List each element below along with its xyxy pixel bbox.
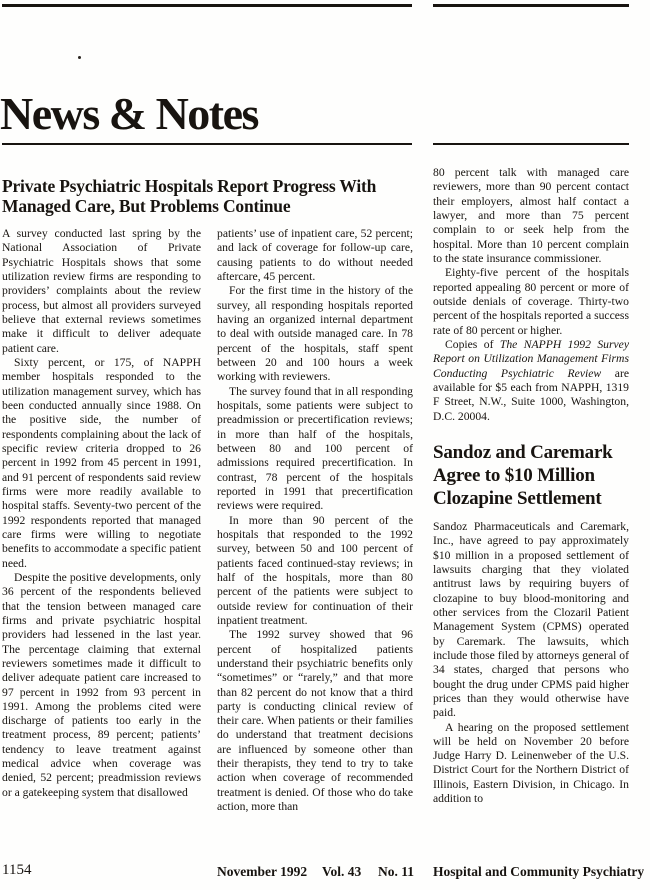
- paragraph: The survey found that in all responding …: [217, 385, 413, 514]
- footer-page-number: 1154: [2, 862, 31, 879]
- paragraph: A hearing on the proposed settlement wil…: [433, 721, 629, 807]
- paragraph: For the first time in the history of the…: [217, 284, 413, 384]
- footer-number: No. 11: [378, 864, 414, 880]
- top-rule-right: [433, 4, 629, 7]
- paragraph: 80 percent talk with managed care review…: [433, 166, 629, 266]
- column-3: 80 percent talk with managed care review…: [433, 166, 629, 806]
- footer-journal-title: Hospital and Community Psychiatry: [433, 864, 644, 880]
- masthead-rule-right: [433, 143, 629, 145]
- copies-notice-paragraph: Copies of The NAPPH 1992 Survey Report o…: [433, 338, 629, 424]
- paragraph: patients’ use of inpatient care, 52 perc…: [217, 227, 413, 284]
- copies-notice-pre: Copies of: [445, 338, 500, 351]
- masthead-rule-left: [2, 143, 412, 145]
- paragraph: A survey conducted last spring by the Na…: [2, 227, 201, 356]
- footer-issue-date: November 1992: [217, 864, 307, 880]
- scan-speck: [78, 56, 81, 59]
- article1-column-1: A survey conducted last spring by the Na…: [2, 227, 201, 800]
- paragraph: Despite the positive developments, only …: [2, 571, 201, 800]
- paragraph: Sixty percent, or 175, of NAPPH member h…: [2, 356, 201, 571]
- journal-page: News & Notes Private Psychiatric Hospita…: [0, 0, 650, 890]
- top-rule-left: [2, 4, 412, 7]
- article1-column-2: patients’ use of inpatient care, 52 perc…: [217, 227, 413, 814]
- footer-volume: Vol. 43: [322, 864, 361, 880]
- paragraph: The 1992 survey showed that 96 percent o…: [217, 628, 413, 814]
- section-masthead: News & Notes: [0, 91, 258, 137]
- article2-title: Sandoz and Caremark Agree to $10 Million…: [433, 441, 629, 510]
- article1-title: Private Psychiatric Hospitals Report Pro…: [2, 177, 416, 217]
- paragraph: Sandoz Pharmaceuticals and Caremark, Inc…: [433, 520, 629, 721]
- paragraph: In more than 90 percent of the hospitals…: [217, 514, 413, 629]
- paragraph: Eighty-five percent of the hospitals rep…: [433, 266, 629, 338]
